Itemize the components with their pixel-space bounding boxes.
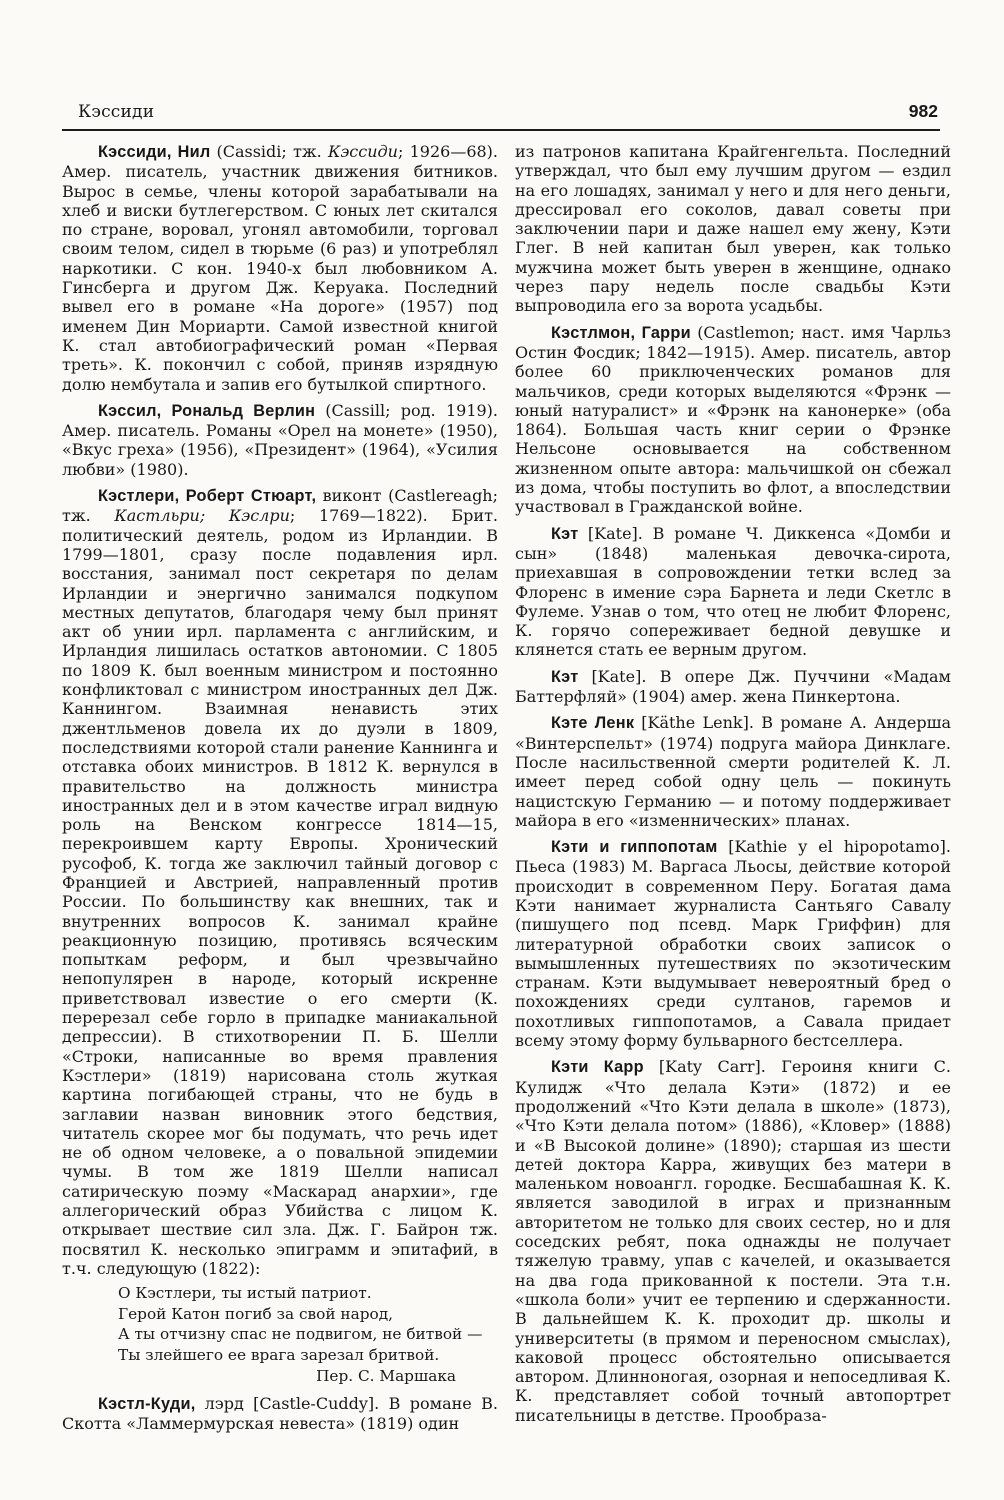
entry-text-run: [Katy Carr]. Героиня книги С. Кулидж «Чт… [515,1057,951,1424]
dictionary-entry: Кэссил, Рональд Верлин (Cassill; род. 19… [62,401,498,479]
dictionary-entry: Кэстл-Куди, лэрд [Castle-Cuddy]. В роман… [62,1394,498,1434]
entry-headword: Кэстлмон, Гарри [551,324,697,342]
entry-headword: Кэстлери, Роберт Стюарт, [98,487,323,505]
text-columns: Кэссиди, Нил (Cassidi; тж. Кэссиди; 1926… [0,131,1004,1433]
dictionary-entry: Кэти Карр [Katy Carr]. Героиня книги С. … [515,1057,951,1425]
dictionary-entry: Кэссиди, Нил (Cassidi; тж. Кэссиди; 1926… [62,142,498,394]
dictionary-entry: Кэстлмон, Гарри (Castlemon; наст. имя Ча… [515,323,951,517]
page-header: Кэссиди 982 [62,101,940,131]
entry-text-run: [Kate]. В романе Ч. Диккенса «Домби и сы… [515,524,951,660]
dictionary-entry: Кэте Ленк [Käthe Lenk]. В романе А. Анде… [515,713,951,830]
entry-headword: Кэти Карр [551,1058,659,1076]
running-head: Кэссиди [62,102,154,122]
entry-text-run: (Cassidi; тж. [216,142,327,161]
dictionary-entry: Кэстлери, Роберт Стюарт, виконт (Castler… [62,486,498,1278]
poem-block: О Кэстлери, ты истый патриот.Герой Катон… [118,1283,498,1387]
entry-text-run: из патронов капитана Крайгенгельта. Посл… [515,142,951,315]
entry-headword: Кэт [551,668,591,686]
entry-text-run: [Kathie y el hipopotamo]. Пьеса (1983) М… [515,837,951,1050]
entry-text-run: ; 1769—1822). Брит. политический деятель… [62,506,498,1278]
entry-text-run: ; 1926—68). Амер. писатель, участник дви… [62,142,498,394]
poem-line: А ты отчизну спас не подвигом, не битвой… [118,1324,498,1345]
entry-text-run: Кэссиди [328,142,398,161]
entry-headword: Кэссиди, Нил [98,143,216,161]
entry-text-run: (Castlemon; наст. имя Чарльз Остин Фосди… [515,323,951,517]
poem-line: О Кэстлери, ты истый патриот. [118,1283,498,1304]
poem-signature: Пер. С. Маршака [118,1366,498,1387]
entry-continuation: из патронов капитана Крайгенгельта. Посл… [515,142,951,316]
entry-headword: Кэт [551,525,588,543]
right-column: из патронов капитана Крайгенгельта. Посл… [515,142,951,1433]
scanned-dictionary-page: Кэссиди 982 Кэссиди, Нил (Cassidi; тж. К… [0,0,1004,1500]
entry-headword: Кэте Ленк [551,714,641,732]
poem-line: Герой Катон погиб за свой народ, [118,1304,498,1325]
dictionary-entry: Кэт [Kate]. В романе Ч. Диккенса «Домби … [515,524,951,660]
dictionary-entry: Кэти и гиппопотам [Kathie y el hipopotam… [515,837,951,1050]
left-column: Кэссиди, Нил (Cassidi; тж. Кэссиди; 1926… [62,142,498,1433]
entry-headword: Кэстл-Куди, [98,1395,205,1413]
poem-line: Ты злейшего ее врага зарезал бритвой. [118,1345,498,1366]
entry-headword: Кэссил, Рональд Верлин [98,402,325,420]
entry-text-run: Кастльри; Кэслри [114,506,290,525]
page-number: 982 [909,101,940,122]
dictionary-entry: Кэт [Kate]. В опере Дж. Пуччини «Мадам Б… [515,667,951,707]
entry-headword: Кэти и гиппопотам [551,838,728,856]
